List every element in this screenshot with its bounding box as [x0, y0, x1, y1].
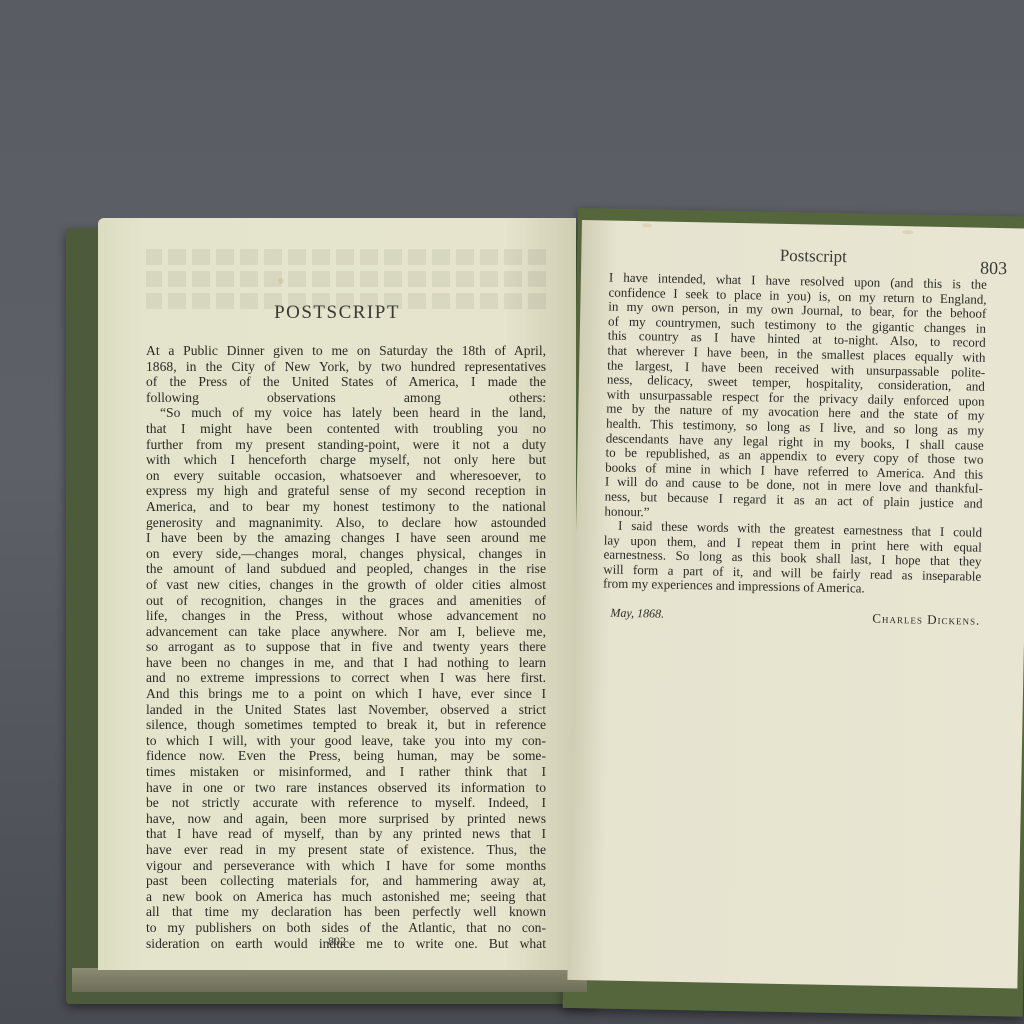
- text-line: a new book on America has much astonishe…: [146, 889, 546, 905]
- text-line: And this brings me to a point on which I…: [146, 686, 546, 702]
- left-page-body: At a Public Dinner given to me on Saturd…: [146, 343, 546, 951]
- text-line: on every suitable occasion, whatsoever a…: [146, 468, 546, 484]
- text-line: have been no changes in me, and that I h…: [146, 655, 546, 671]
- text-line: At a Public Dinner given to me on Saturd…: [146, 343, 546, 359]
- text-line: “So much of my voice has lately been hea…: [146, 405, 546, 421]
- text-line: generosity and magnanimity. Also, to dec…: [146, 515, 546, 531]
- right-page-body: I have intended, what I have resolved up…: [602, 271, 987, 629]
- text-line: the amount of land subdued and peopled, …: [146, 561, 546, 577]
- text-line: vigour and perseverance with which I hav…: [146, 858, 546, 874]
- text-line: out of recognition, changes in the grace…: [146, 593, 546, 609]
- right-page: Postscript 803 I have intended, what I h…: [567, 220, 1024, 988]
- text-line: 1868, in the City of New York, by two hu…: [146, 359, 546, 375]
- text-line: to which I will, with your good leave, t…: [146, 733, 546, 749]
- text-line: so arrogant as to suppose that in five a…: [146, 639, 546, 655]
- text-line: have, now and again, been more surprised…: [146, 811, 546, 827]
- text-line: of vast new cities, changes in the growt…: [146, 577, 546, 593]
- text-line: silence, though sometimes tempted to bre…: [146, 717, 546, 733]
- text-line: further from my present standing-point, …: [146, 437, 546, 453]
- text-line: America, and to bear my honest testimony…: [146, 499, 546, 515]
- text-line: that I have read of myself, than by any …: [146, 826, 546, 842]
- text-line: with which I henceforth charge myself, n…: [146, 452, 546, 468]
- text-line: be not strictly accurate with reference …: [146, 795, 546, 811]
- show-through-text: [146, 243, 546, 315]
- date-line: May, 1868.: [610, 606, 664, 623]
- page-edges: [72, 968, 587, 992]
- text-line: fidence now. Even the Press, being human…: [146, 748, 546, 764]
- text-line: advancement can take place anywhere. Nor…: [146, 624, 546, 640]
- author-signature: Charles Dickens.: [872, 611, 980, 629]
- text-line: on every side,—changes moral, changes ph…: [146, 546, 546, 562]
- text-line: following observations among others:: [146, 390, 546, 406]
- text-line: have in one or two rare instances observ…: [146, 780, 546, 796]
- dinner-speech-conclusion: I have intended, what I have resolved up…: [604, 271, 987, 526]
- left-page: POSTSCRIPT At a Public Dinner given to m…: [98, 218, 576, 970]
- text-line: landed in the United States last Novembe…: [146, 702, 546, 718]
- text-line: past been collecting materials for, and …: [146, 873, 546, 889]
- page-number-left: 802: [98, 934, 576, 949]
- text-line: that I might have been contented with tr…: [146, 421, 546, 437]
- running-title: Postscript: [609, 243, 1017, 271]
- text-line: have ever read in my present state of ex…: [146, 842, 546, 858]
- signoff: May, 1868. Charles Dickens.: [602, 606, 980, 629]
- text-line: times mistaken or misinformed, and I rat…: [146, 764, 546, 780]
- open-book: POSTSCRIPT At a Public Dinner given to m…: [0, 0, 1024, 1024]
- text-line: I have been by the amazing changes I hav…: [146, 530, 546, 546]
- text-line: all that time my declaration has been pe…: [146, 904, 546, 920]
- text-line: express my high and grateful sense of my…: [146, 483, 546, 499]
- closing-paragraph: I said these words with the greatest ear…: [603, 519, 982, 599]
- text-line: life, changes in the Press, without whos…: [146, 608, 546, 624]
- text-line: of the Press of the United States of Ame…: [146, 374, 546, 390]
- text-line: and no extreme impressions to correct wh…: [146, 670, 546, 686]
